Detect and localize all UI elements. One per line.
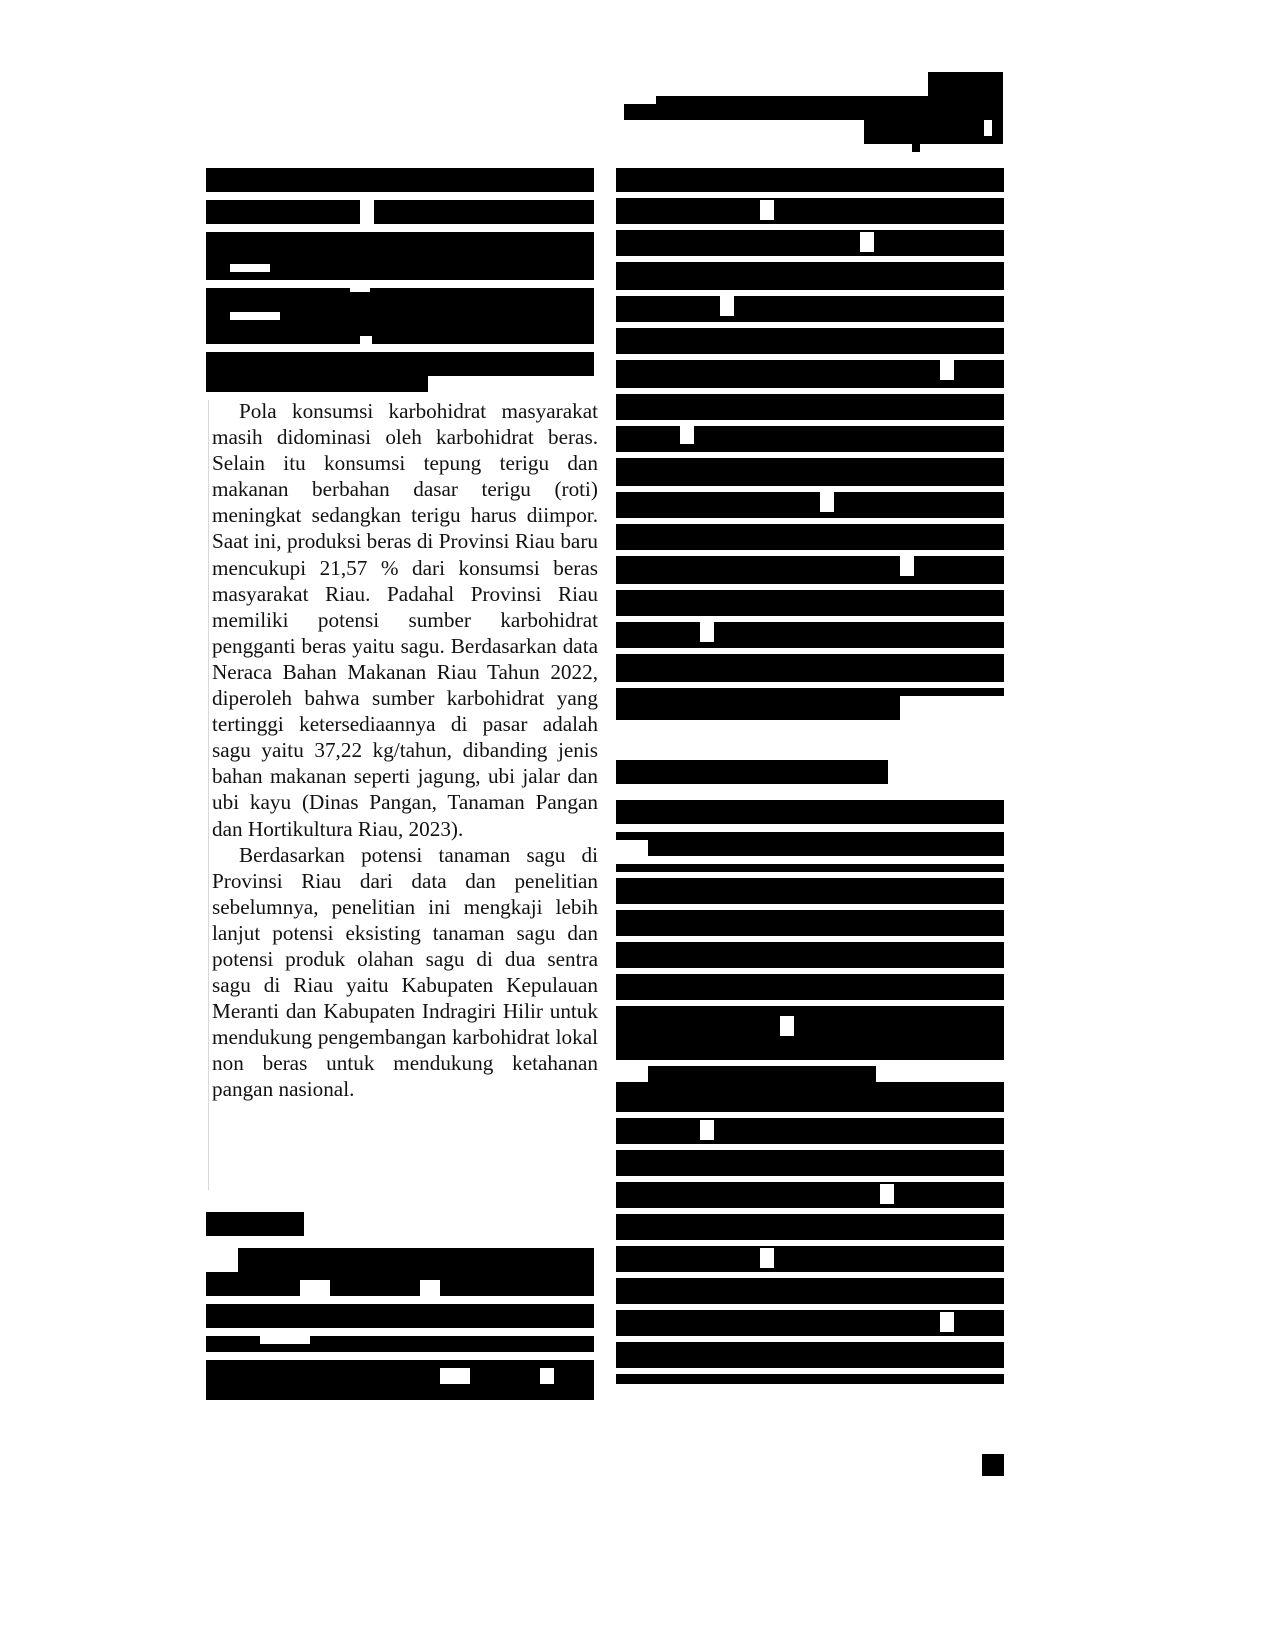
paragraph-2: Berdasarkan potensi tanaman sagu di Prov…	[212, 842, 598, 1103]
body-text: Pola konsumsi karbohidrat masyarakat mas…	[212, 398, 598, 1103]
page-number-redacted	[982, 1454, 1004, 1476]
paragraph-1: Pola konsumsi karbohidrat masyarakat mas…	[212, 398, 598, 842]
margin-rule	[208, 400, 209, 1190]
section-heading-redacted	[206, 1212, 304, 1236]
